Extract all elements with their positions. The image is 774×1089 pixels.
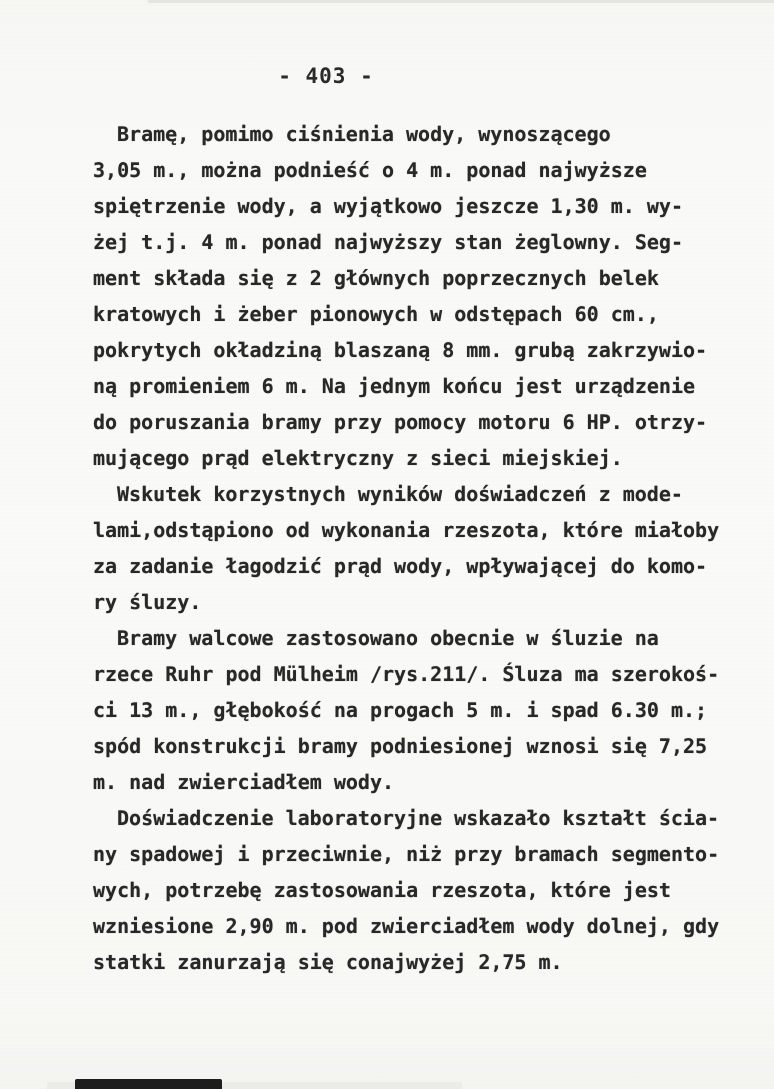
text-line: wzniesione 2,90 m. pod zwierciadłem wody… [93,908,733,944]
text-line: 3,05 m., można podnieść o 4 m. ponad naj… [93,152,733,188]
page-number: - 403 - [0,64,652,88]
text-line: Bramę, pomimo ciśnienia wody, wynosząceg… [93,116,733,152]
text-line: ry śluzy. [93,584,733,620]
paragraph: Bramy walcowe zastosowano obecnie w śluz… [93,620,733,800]
paragraph: Doświadczenie laboratoryjne wskazało ksz… [93,800,733,980]
text-line: żej t.j. 4 m. ponad najwyższy stan żeglo… [93,224,733,260]
scan-dark-bar-artifact [75,1079,222,1089]
text-line: lami,odstąpiono od wykonania rzeszota, k… [93,512,733,548]
text-line: spiętrzenie wody, a wyjątkowo jeszcze 1,… [93,188,733,224]
text-line: ci 13 m., głębokość na progach 5 m. i sp… [93,692,733,728]
paragraph: Bramę, pomimo ciśnienia wody, wynosząceg… [93,116,733,476]
text-line: m. nad zwierciadłem wody. [93,764,733,800]
text-line: rzece Ruhr pod Mülheim /rys.211/. Śluza … [93,656,733,692]
text-line: za zadanie łagodzić prąd wody, wpływając… [93,548,733,584]
body-text: Bramę, pomimo ciśnienia wody, wynosząceg… [93,116,733,980]
text-line: pokrytych okładziną blaszaną 8 mm. grubą… [93,332,733,368]
text-line: ny spadowej i przeciwnie, niż przy brama… [93,836,733,872]
text-line: Doświadczenie laboratoryjne wskazało ksz… [93,800,733,836]
text-line: Wskutek korzystnych wyników doświadczeń … [93,476,733,512]
scan-edge-artifact-top [148,0,774,3]
text-line: kratowych i żeber pionowych w odstępach … [93,296,733,332]
paragraph: Wskutek korzystnych wyników doświadczeń … [93,476,733,620]
text-line: spód konstrukcji bramy podniesionej wzno… [93,728,733,764]
text-line: Bramy walcowe zastosowano obecnie w śluz… [93,620,733,656]
scanned-document-page: - 403 - Bramę, pomimo ciśnienia wody, wy… [0,0,774,1089]
text-line: mującego prąd elektryczny z sieci miejsk… [93,440,733,476]
text-line: do poruszania bramy przy pomocy motoru 6… [93,404,733,440]
text-line: ment składa się z 2 głównych poprzecznyc… [93,260,733,296]
text-line: statki zanurzają się conajwyżej 2,75 m. [93,944,733,980]
text-line: ną promieniem 6 m. Na jednym końcu jest … [93,368,733,404]
text-line: wych, potrzebę zastosowania rzeszota, kt… [93,872,733,908]
